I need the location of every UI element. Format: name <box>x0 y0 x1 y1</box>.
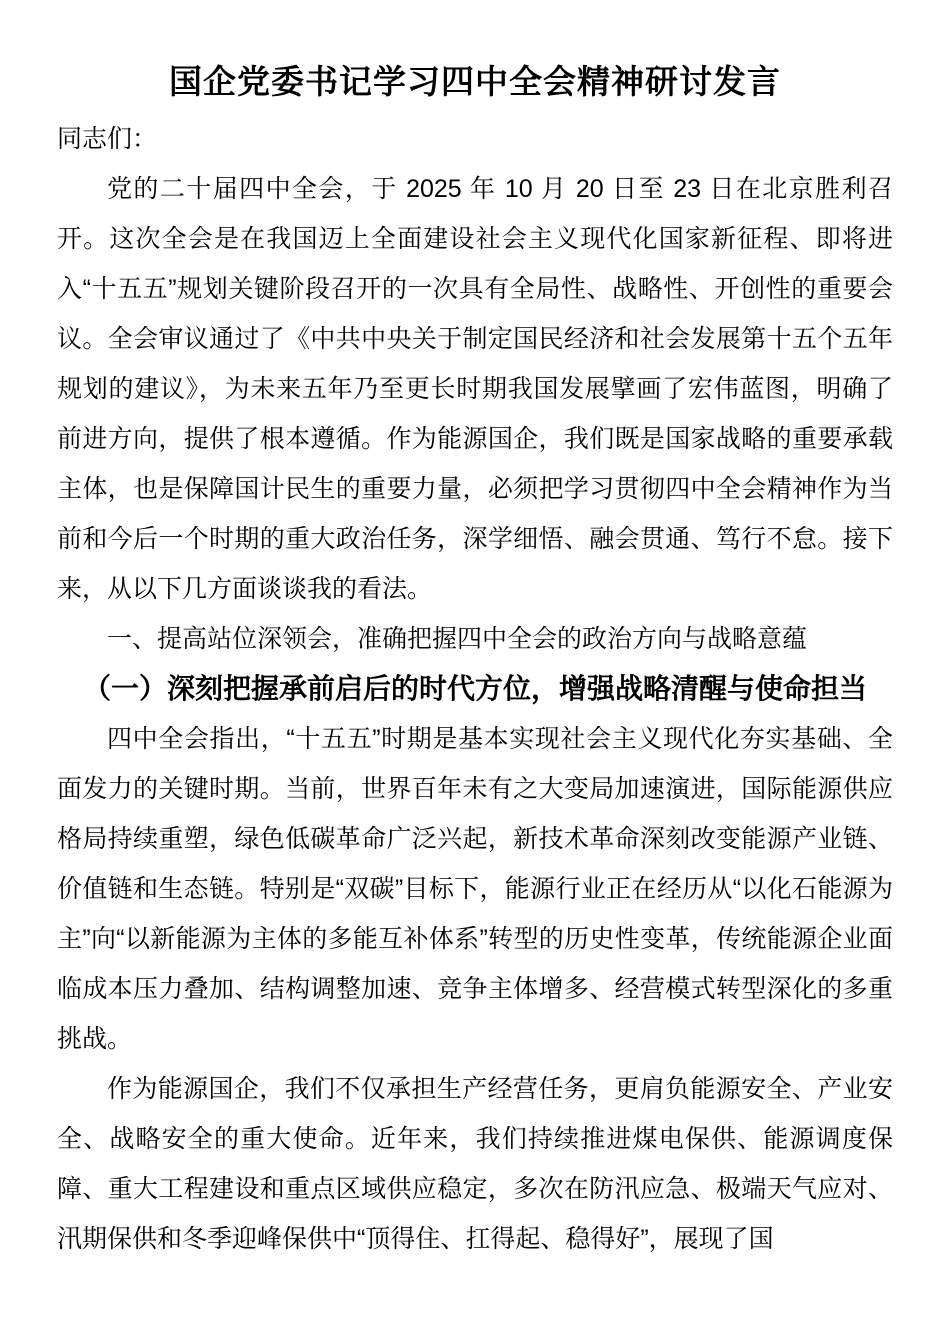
section-heading-1: 一、提高站位深领会，准确把握四中全会的政治方向与战略意蕴 <box>57 614 893 664</box>
salutation: 同志们： <box>57 114 893 164</box>
document-content: 国企党委书记学习四中全会精神研讨发言 同志们： 党的二十届四中全会，于 2025… <box>0 0 950 1264</box>
subsection-heading-1-1: （一）深刻把握承前启后的时代方位，增强战略清醒与使命担当 <box>57 664 893 714</box>
paragraph-analysis: 四中全会指出，“十五五”时期是基本实现社会主义现代化夯实基础、全面发力的关键时期… <box>57 714 893 1064</box>
paragraph-intro: 党的二十届四中全会，于 2025 年 10 月 20 日至 23 日在北京胜利召… <box>57 164 893 614</box>
document-title: 国企党委书记学习四中全会精神研讨发言 <box>57 58 893 106</box>
document-page: 国企党委书记学习四中全会精神研讨发言 同志们： 党的二十届四中全会，于 2025… <box>0 0 950 1344</box>
paragraph-mission: 作为能源国企，我们不仅承担生产经营任务，更肩负能源安全、产业安全、战略安全的重大… <box>57 1064 893 1264</box>
